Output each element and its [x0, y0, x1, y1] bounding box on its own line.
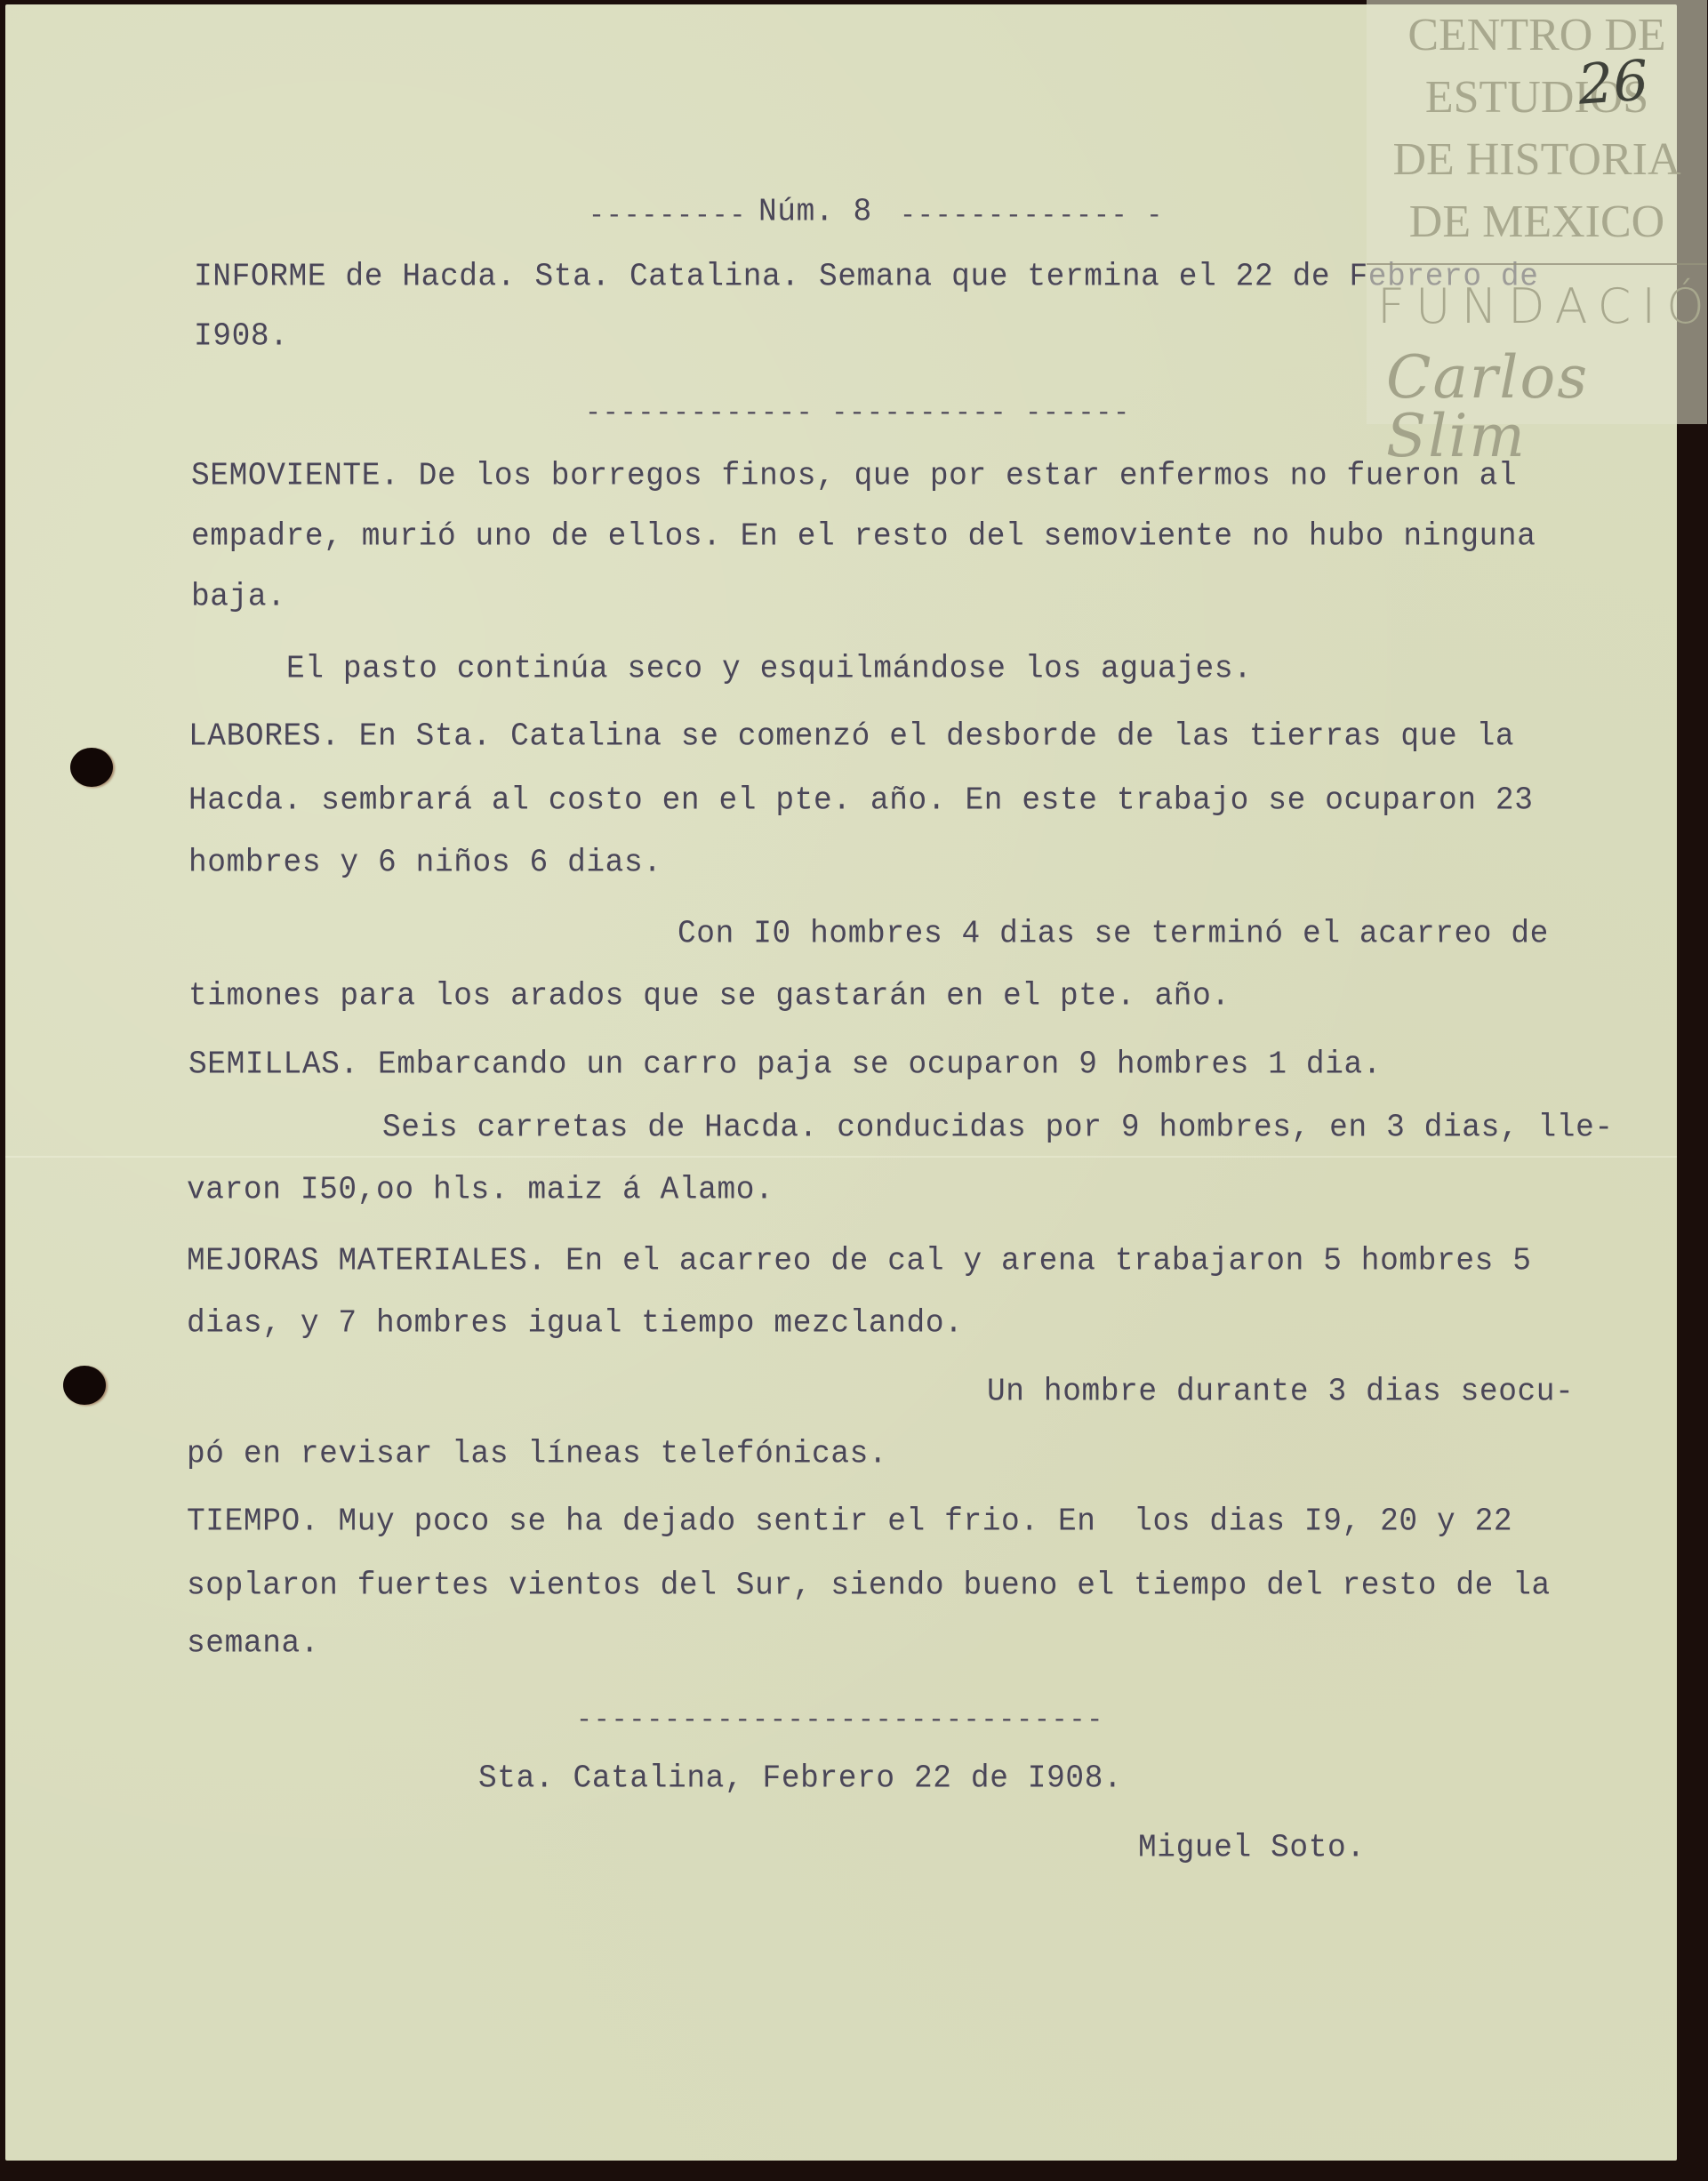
separator-bottom: ------------------------------ — [576, 1707, 1104, 1734]
semoviente-line-1: SEMOVIENTE. De los borregos finos, que p… — [191, 461, 1517, 493]
tiempo-line-2: soplaron fuertes vientos del Sur, siendo… — [187, 1570, 1551, 1602]
semoviente-line-4: El pasto continúa seco y esquilmándose l… — [286, 653, 1252, 686]
paper-fold — [5, 1156, 1677, 1158]
separator-top: ------------- ---------- ------ — [585, 400, 1131, 427]
mejoras-line-3: Un hombre durante 3 dias seocu- — [987, 1376, 1574, 1408]
semillas-line-1: SEMILLAS. Embarcando un carro paja se oc… — [188, 1049, 1382, 1081]
mejoras-line-4: pó en revisar las líneas telefónicas. — [187, 1439, 887, 1471]
report-title-line-2: I908. — [194, 321, 289, 353]
tiempo-line-1: TIEMPO. Muy poco se ha dejado sentir el … — [187, 1506, 1512, 1538]
document-number: Núm. 8 — [758, 196, 872, 229]
signature: Miguel Soto. — [1138, 1832, 1366, 1864]
watermark-signature-logo: Carlos Slim — [1386, 349, 1707, 466]
heading-right-dashes: ------------- - — [900, 203, 1164, 229]
place-date: Sta. Catalina, Febrero 22 de I908. — [478, 1763, 1122, 1795]
semillas-line-3: varon I50,oo hls. maiz á Alamo. — [187, 1175, 774, 1207]
watermark-line-3: DE HISTORIA — [1367, 137, 1707, 183]
punch-hole-bottom — [63, 1366, 106, 1405]
archive-watermark: CENTRO DE ESTUDIOS DE HISTORIA DE MEXICO… — [1367, 0, 1707, 424]
report-title-line-1: INFORME de Hacda. Sta. Catalina. Semana … — [194, 261, 1539, 293]
watermark-foundation: FUNDACIÓN — [1377, 283, 1708, 331]
watermark-line-2: ESTUDIOS — [1367, 75, 1707, 121]
semoviente-line-2: empadre, murió uno de ellos. En el resto… — [191, 521, 1536, 553]
watermark-line-4: DE MEXICO — [1367, 199, 1707, 245]
punch-hole-top — [70, 748, 113, 787]
labores-line-5: timones para los arados que se gastarán … — [188, 981, 1231, 1013]
heading-left-dashes: --------- — [589, 203, 747, 229]
watermark-line-1: CENTRO DE — [1367, 12, 1707, 59]
mejoras-line-2: dias, y 7 hombres igual tiempo mezclando… — [187, 1308, 963, 1340]
handwritten-folio-number: 26 — [1576, 52, 1650, 112]
semillas-line-2: Seis carretas de Hacda. conducidas por 9… — [382, 1112, 1614, 1144]
labores-line-1: LABORES. En Sta. Catalina se comenzó el … — [188, 721, 1514, 753]
labores-line-4: Con I0 hombres 4 dias se terminó el acar… — [678, 918, 1549, 950]
mejoras-line-1: MEJORAS MATERIALES. En el acarreo de cal… — [187, 1246, 1532, 1278]
labores-line-3: hombres y 6 niños 6 dias. — [188, 847, 662, 879]
semoviente-line-3: baja. — [191, 581, 286, 613]
labores-line-2: Hacda. sembrará al costo en el pte. año.… — [188, 785, 1534, 817]
archive-watermark-header: CENTRO DE ESTUDIOS DE HISTORIA DE MEXICO — [1367, 0, 1707, 265]
tiempo-line-3: semana. — [187, 1628, 319, 1660]
